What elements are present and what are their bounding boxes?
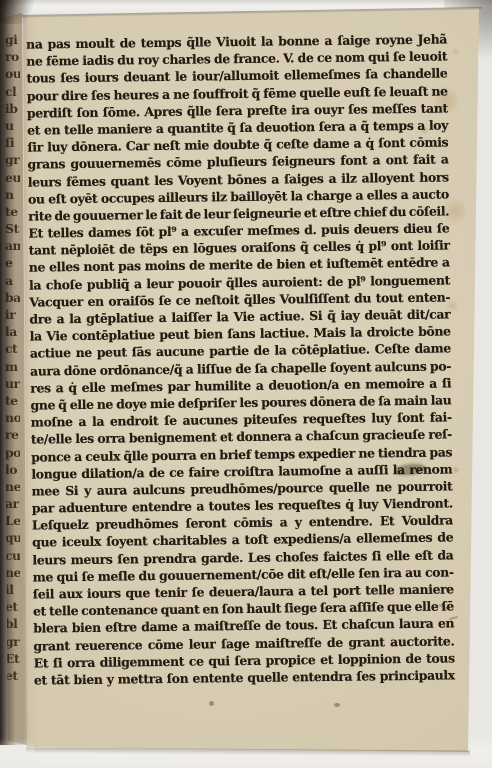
gutter-shadow bbox=[0, 0, 30, 745]
foxing-spot bbox=[452, 48, 459, 55]
foxing-spot bbox=[452, 466, 460, 474]
book-page: napasmoultdetempsq̃lleViuoitlabonneaſaig… bbox=[0, 0, 492, 768]
text-block: napasmoultdetempsq̃lleViuoitlabonneaſaig… bbox=[26, 30, 455, 688]
ink-speck bbox=[209, 701, 214, 706]
scanned-book-page: napasmoultdetempsq̃lleViuoitlabonneaſaig… bbox=[0, 0, 492, 768]
ink-speck bbox=[334, 703, 340, 707]
gutter-bottom-fade bbox=[0, 738, 34, 768]
spine-top-shadow bbox=[0, 0, 44, 24]
